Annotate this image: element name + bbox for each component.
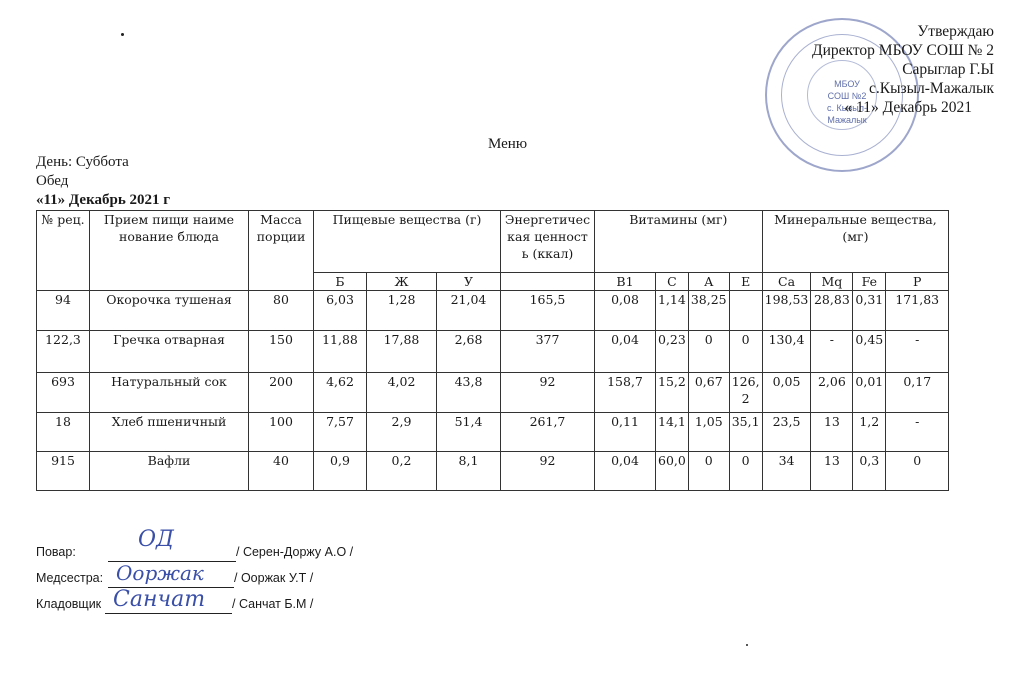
signature-name: / Серен-Доржу А.О / <box>236 545 353 559</box>
header-recipe-no: № рец. <box>37 211 90 291</box>
table-row: 18Хлеб пшеничный1007,572,951,4261,70,111… <box>37 413 949 452</box>
cell-c: 1,14 <box>656 291 689 331</box>
cell-name: Гречка отварная <box>90 331 249 373</box>
cell-a: 0 <box>688 452 729 491</box>
cell-zh: 1,28 <box>367 291 437 331</box>
cell-u: 51,4 <box>437 413 501 452</box>
header-row: № рец. Прием пищи наиме нование блюда Ма… <box>37 211 949 273</box>
cell-ca: 130,4 <box>762 331 811 373</box>
cell-ca: 23,5 <box>762 413 811 452</box>
signature-name: / Ооржак У.Т / <box>234 571 313 585</box>
day-label: День: Суббота <box>36 154 129 171</box>
cell-a: 38,25 <box>688 291 729 331</box>
cell-e: 35,1 <box>729 413 762 452</box>
handwritten-signature: Ооржак <box>116 561 204 585</box>
handwritten-signature: ОД <box>138 527 174 552</box>
cell-mass: 150 <box>249 331 314 373</box>
signature-role: Медсестра: <box>36 571 103 585</box>
date-label: «11» Декабрь 2021 г <box>36 192 170 209</box>
cell-p: - <box>886 413 949 452</box>
cell-mq: 13 <box>811 452 853 491</box>
cell-c: 60,0 <box>656 452 689 491</box>
cell-mass: 200 <box>249 373 314 413</box>
subheader-cell: Ca <box>762 273 811 291</box>
approval-line: Директор МБОУ СОШ № 2 <box>812 41 994 60</box>
subheader-cell: Б <box>314 273 367 291</box>
cell-energy: 92 <box>501 373 595 413</box>
approval-line: Сарыглар Г.Ы <box>812 60 994 79</box>
cell-b: 4,62 <box>314 373 367 413</box>
approval-line: Утверждаю <box>812 22 994 41</box>
cell-ca: 0,05 <box>762 373 811 413</box>
header-dish-name: Прием пищи наиме нование блюда <box>90 211 249 291</box>
header-minerals: Минеральные вещества, (мг) <box>762 211 949 273</box>
cell-fe: 1,2 <box>853 413 886 452</box>
cell-e: 0 <box>729 331 762 373</box>
cell-fe: 0,45 <box>853 331 886 373</box>
cell-fe: 0,31 <box>853 291 886 331</box>
subheader-cell: Ж <box>367 273 437 291</box>
cell-b: 6,03 <box>314 291 367 331</box>
subheader-cell: E <box>729 273 762 291</box>
cell-no: 94 <box>37 291 90 331</box>
cell-u: 8,1 <box>437 452 501 491</box>
cell-energy: 165,5 <box>501 291 595 331</box>
cell-fe: 0,3 <box>853 452 886 491</box>
cell-e <box>729 291 762 331</box>
cell-mass: 100 <box>249 413 314 452</box>
cell-no: 122,3 <box>37 331 90 373</box>
cell-fe: 0,01 <box>853 373 886 413</box>
cell-energy: 92 <box>501 452 595 491</box>
table-row: 122,3Гречка отварная15011,8817,882,68377… <box>37 331 949 373</box>
cell-mq: 13 <box>811 413 853 452</box>
approval-block: Утверждаю Директор МБОУ СОШ № 2 Сарыглар… <box>812 22 994 117</box>
header-portion-mass: Масса порции <box>249 211 314 291</box>
cell-b: 0,9 <box>314 452 367 491</box>
cell-mass: 40 <box>249 452 314 491</box>
signature-role: Повар: <box>36 545 76 559</box>
cell-no: 915 <box>37 452 90 491</box>
approval-line: с.Кызыл-Мажалык <box>812 79 994 98</box>
cell-p: 0 <box>886 452 949 491</box>
handwritten-signature: Санчат <box>113 587 205 612</box>
header-nutrients: Пищевые вещества (г) <box>314 211 501 273</box>
cell-p: 171,83 <box>886 291 949 331</box>
cell-a: 0 <box>688 331 729 373</box>
cell-c: 14,1 <box>656 413 689 452</box>
table-row: 94Окорочка тушеная806,031,2821,04165,50,… <box>37 291 949 331</box>
cell-p: - <box>886 331 949 373</box>
header-vitamins: Витамины (мг) <box>595 211 763 273</box>
cell-ca: 34 <box>762 452 811 491</box>
cell-c: 0,23 <box>656 331 689 373</box>
cell-u: 21,04 <box>437 291 501 331</box>
cell-energy: 377 <box>501 331 595 373</box>
header-energy: Энергетичес кая ценност ь (ккал) <box>501 211 595 273</box>
approval-line: « 11» Декабрь 2021 <box>812 98 994 117</box>
subheader-cell: У <box>437 273 501 291</box>
cell-p: 0,17 <box>886 373 949 413</box>
cell-b1: 158,7 <box>595 373 656 413</box>
cell-energy: 261,7 <box>501 413 595 452</box>
cell-zh: 2,9 <box>367 413 437 452</box>
cell-e: 126,2 <box>729 373 762 413</box>
cell-mq: 28,83 <box>811 291 853 331</box>
signature-role: Кладовщик <box>36 597 101 611</box>
cell-mq: 2,06 <box>811 373 853 413</box>
cell-b1: 0,08 <box>595 291 656 331</box>
cell-ca: 198,53 <box>762 291 811 331</box>
cell-mq: - <box>811 331 853 373</box>
cell-b1: 0,04 <box>595 331 656 373</box>
menu-table: № рец. Прием пищи наиме нование блюда Ма… <box>36 210 949 491</box>
cell-b: 11,88 <box>314 331 367 373</box>
subheader-cell: A <box>688 273 729 291</box>
cell-no: 693 <box>37 373 90 413</box>
cell-b1: 0,04 <box>595 452 656 491</box>
meal-label: Обед <box>36 173 68 190</box>
cell-a: 0,67 <box>688 373 729 413</box>
cell-a: 1,05 <box>688 413 729 452</box>
cell-zh: 4,02 <box>367 373 437 413</box>
table-row: 693Натуральный сок2004,624,0243,892158,7… <box>37 373 949 413</box>
cell-name: Вафли <box>90 452 249 491</box>
cell-no: 18 <box>37 413 90 452</box>
cell-zh: 0,2 <box>367 452 437 491</box>
cell-name: Натуральный сок <box>90 373 249 413</box>
scan-dot <box>121 33 124 36</box>
subheader-cell: Fe <box>853 273 886 291</box>
subheader-cell: P <box>886 273 949 291</box>
table-row: 915Вафли400,90,28,1920,0460,00034130,30 <box>37 452 949 491</box>
cell-zh: 17,88 <box>367 331 437 373</box>
cell-name: Окорочка тушеная <box>90 291 249 331</box>
cell-u: 2,68 <box>437 331 501 373</box>
subheader-cell: Mq <box>811 273 853 291</box>
document-title: Меню <box>488 136 527 153</box>
cell-b1: 0,11 <box>595 413 656 452</box>
subheader-cell: C <box>656 273 689 291</box>
cell-b: 7,57 <box>314 413 367 452</box>
cell-e: 0 <box>729 452 762 491</box>
subheader-cell <box>501 273 595 291</box>
subheader-cell: B1 <box>595 273 656 291</box>
cell-c: 15,2 <box>656 373 689 413</box>
cell-mass: 80 <box>249 291 314 331</box>
scan-dot <box>746 644 748 646</box>
cell-u: 43,8 <box>437 373 501 413</box>
signature-name: / Санчат Б.М / <box>232 597 313 611</box>
cell-name: Хлеб пшеничный <box>90 413 249 452</box>
